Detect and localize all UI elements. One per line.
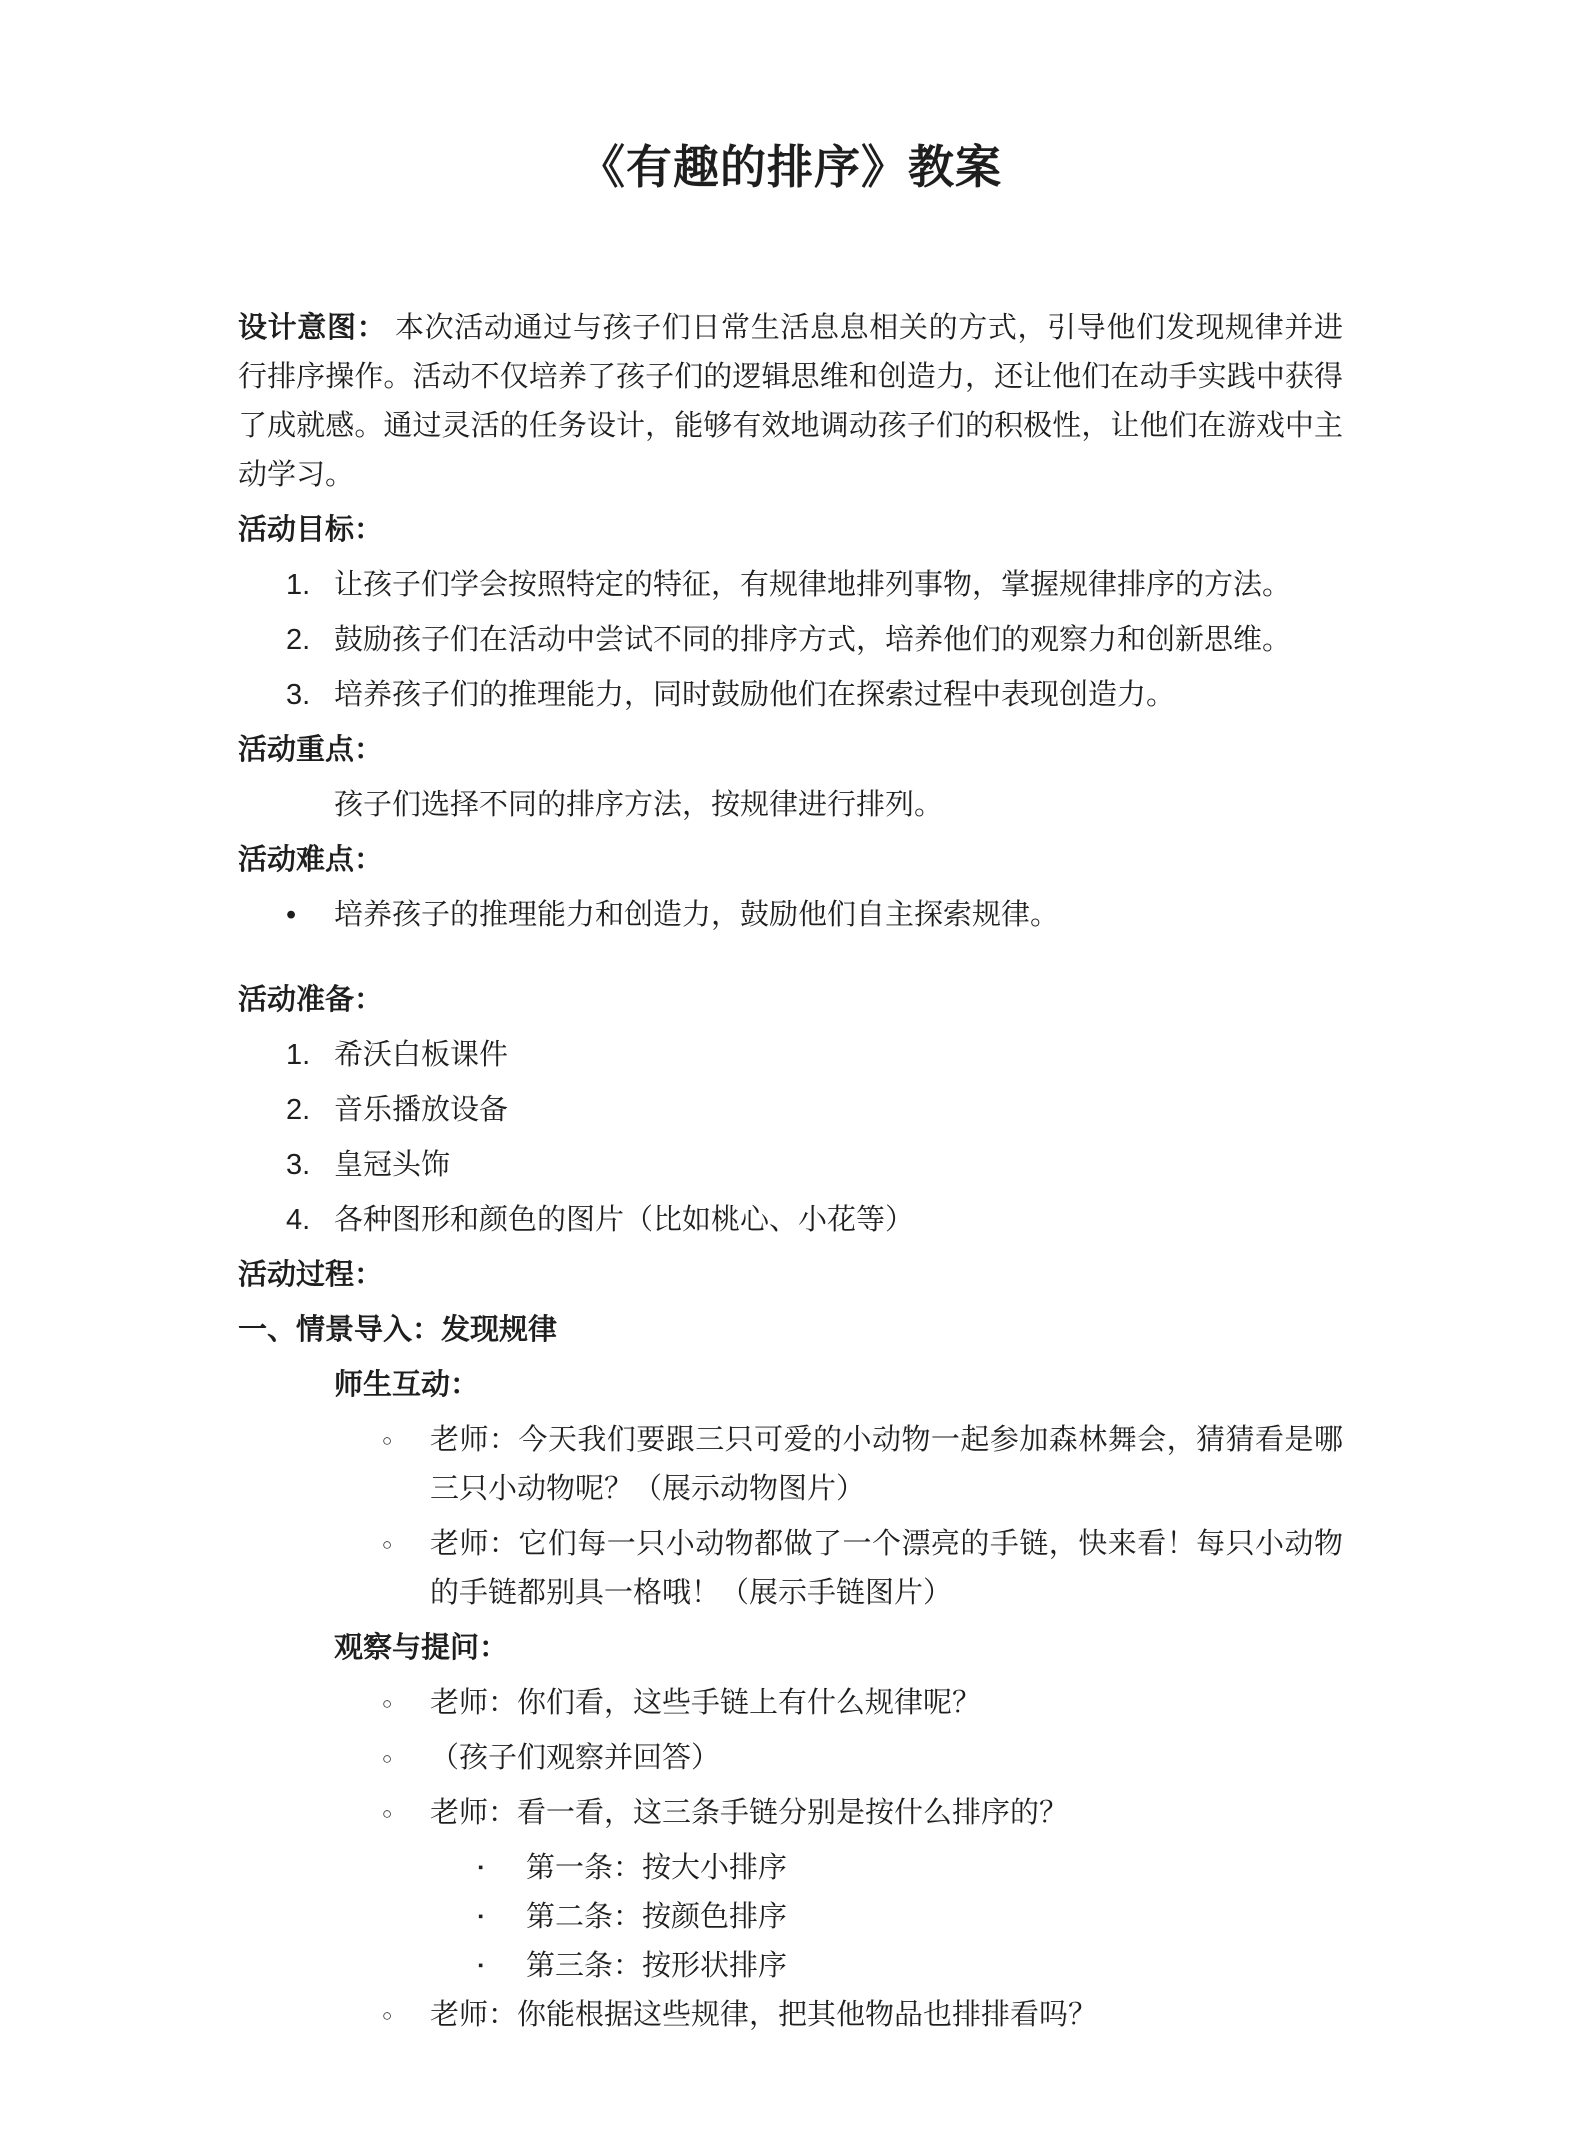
square-bullet-icon: ▪ <box>478 1893 526 1942</box>
interaction-item-2: ○ 老师：它们每一只小动物都做了一个漂亮的手链，快来看！每只小动物的手链都别具一… <box>382 1520 1343 1618</box>
observation-item-3: ○ 老师：看一看，这三条手链分别是按什么排序的？ <box>382 1789 1343 1838</box>
goal-1-text: 让孩子们学会按照特定的特征，有规律地排列事物，掌握规律排序的方法。 <box>334 561 1343 610</box>
preparation-2-text: 音乐播放设备 <box>334 1086 1343 1135</box>
goal-2-number: 2. <box>286 616 334 665</box>
bracelet-rule-item-2: ▪ 第二条：按颜色排序 <box>478 1893 1343 1942</box>
circle-bullet-icon: ○ <box>382 1789 430 1838</box>
document-page: 《有趣的排序》教案 设计意图： 本次活动通过与孩子们日常生活息息相关的方式，引导… <box>0 0 1587 2139</box>
bracelet-rule-item-3: ▪ 第三条：按形状排序 <box>478 1942 1343 1991</box>
preparation-4-text: 各种图形和颜色的图片（比如桃心、小花等） <box>334 1196 1343 1245</box>
preparation-item-1: 1. 希沃白板课件 <box>286 1031 1343 1080</box>
heading-section1: 一、情景导入：发现规律 <box>238 1306 1343 1355</box>
heading-preparation: 活动准备： <box>238 976 1343 1025</box>
circle-bullet-icon: ○ <box>382 1416 430 1514</box>
goal-item-2: 2. 鼓励孩子们在活动中尝试不同的排序方式，培养他们的观察力和创新思维。 <box>286 616 1343 665</box>
square-bullet-icon: ▪ <box>478 1942 526 1991</box>
observation-item-4: ○ 老师：你能根据这些规律，把其他物品也排排看吗？ <box>382 1991 1343 2040</box>
square-bullet-icon: ▪ <box>478 1844 526 1893</box>
preparation-item-2: 2. 音乐播放设备 <box>286 1086 1343 1135</box>
design-intent-text: 本次活动通过与孩子们日常生活息息相关的方式，引导他们发现规律并进行排序操作。活动… <box>238 312 1343 491</box>
goal-item-3: 3. 培养孩子们的推理能力，同时鼓励他们在探索过程中表现创造力。 <box>286 671 1343 720</box>
dot-bullet-icon: • <box>286 891 334 940</box>
circle-bullet-icon: ○ <box>382 1679 430 1728</box>
heading-focus: 活动重点： <box>238 726 1343 775</box>
preparation-item-3: 3. 皇冠头饰 <box>286 1141 1343 1190</box>
interaction-1-text: 老师：今天我们要跟三只可爱的小动物一起参加森林舞会，猜猜看是哪三只小动物呢？（展… <box>430 1416 1343 1514</box>
circle-bullet-icon: ○ <box>382 1991 430 2040</box>
observation-1-text: 老师：你们看，这些手链上有什么规律呢？ <box>430 1679 1343 1728</box>
design-intent-label: 设计意图： <box>238 312 386 344</box>
circle-bullet-icon: ○ <box>382 1520 430 1618</box>
bracelet-rule-3-text: 第三条：按形状排序 <box>526 1942 1343 1991</box>
interaction-item-1: ○ 老师：今天我们要跟三只可爱的小动物一起参加森林舞会，猜猜看是哪三只小动物呢？… <box>382 1416 1343 1514</box>
observation-2-text: （孩子们观察并回答） <box>430 1734 1343 1783</box>
preparation-1-text: 希沃白板课件 <box>334 1031 1343 1080</box>
goal-1-number: 1. <box>286 561 334 610</box>
doc-body: 设计意图： 本次活动通过与孩子们日常生活息息相关的方式，引导他们发现规律并进行排… <box>238 304 1343 2040</box>
bracelet-rule-item-1: ▪ 第一条：按大小排序 <box>478 1844 1343 1893</box>
bracelet-rule-2-text: 第二条：按颜色排序 <box>526 1893 1343 1942</box>
observation-item-1: ○ 老师：你们看，这些手链上有什么规律呢？ <box>382 1679 1343 1728</box>
heading-difficulty: 活动难点： <box>238 836 1343 885</box>
design-intent-paragraph: 设计意图： 本次活动通过与孩子们日常生活息息相关的方式，引导他们发现规律并进行排… <box>238 304 1343 500</box>
goal-item-1: 1. 让孩子们学会按照特定的特征，有规律地排列事物，掌握规律排序的方法。 <box>286 561 1343 610</box>
observation-4-text: 老师：你能根据这些规律，把其他物品也排排看吗？ <box>430 1991 1343 2040</box>
difficulty-item-text: 培养孩子的推理能力和创造力，鼓励他们自主探索规律。 <box>334 891 1343 940</box>
focus-text: 孩子们选择不同的排序方法，按规律进行排列。 <box>334 781 1343 830</box>
difficulty-item: • 培养孩子的推理能力和创造力，鼓励他们自主探索规律。 <box>286 891 1343 940</box>
preparation-item-4: 4. 各种图形和颜色的图片（比如桃心、小花等） <box>286 1196 1343 1245</box>
preparation-4-number: 4. <box>286 1196 334 1245</box>
bracelet-rule-1-text: 第一条：按大小排序 <box>526 1844 1343 1893</box>
observation-3-text: 老师：看一看，这三条手链分别是按什么排序的？ <box>430 1789 1343 1838</box>
preparation-1-number: 1. <box>286 1031 334 1080</box>
preparation-2-number: 2. <box>286 1086 334 1135</box>
preparation-3-number: 3. <box>286 1141 334 1190</box>
interaction-2-text: 老师：它们每一只小动物都做了一个漂亮的手链，快来看！每只小动物的手链都别具一格哦… <box>430 1520 1343 1618</box>
observation-item-2: ○ （孩子们观察并回答） <box>382 1734 1343 1783</box>
goal-3-text: 培养孩子们的推理能力，同时鼓励他们在探索过程中表现创造力。 <box>334 671 1343 720</box>
goal-2-text: 鼓励孩子们在活动中尝试不同的排序方式，培养他们的观察力和创新思维。 <box>334 616 1343 665</box>
circle-bullet-icon: ○ <box>382 1734 430 1783</box>
preparation-3-text: 皇冠头饰 <box>334 1141 1343 1190</box>
goal-3-number: 3. <box>286 671 334 720</box>
heading-process: 活动过程： <box>238 1251 1343 1300</box>
heading-goals: 活动目标： <box>238 506 1343 555</box>
heading-interaction: 师生互动： <box>334 1361 1343 1410</box>
heading-observation: 观察与提问： <box>334 1624 1343 1673</box>
doc-title: 《有趣的排序》教案 <box>238 135 1343 199</box>
